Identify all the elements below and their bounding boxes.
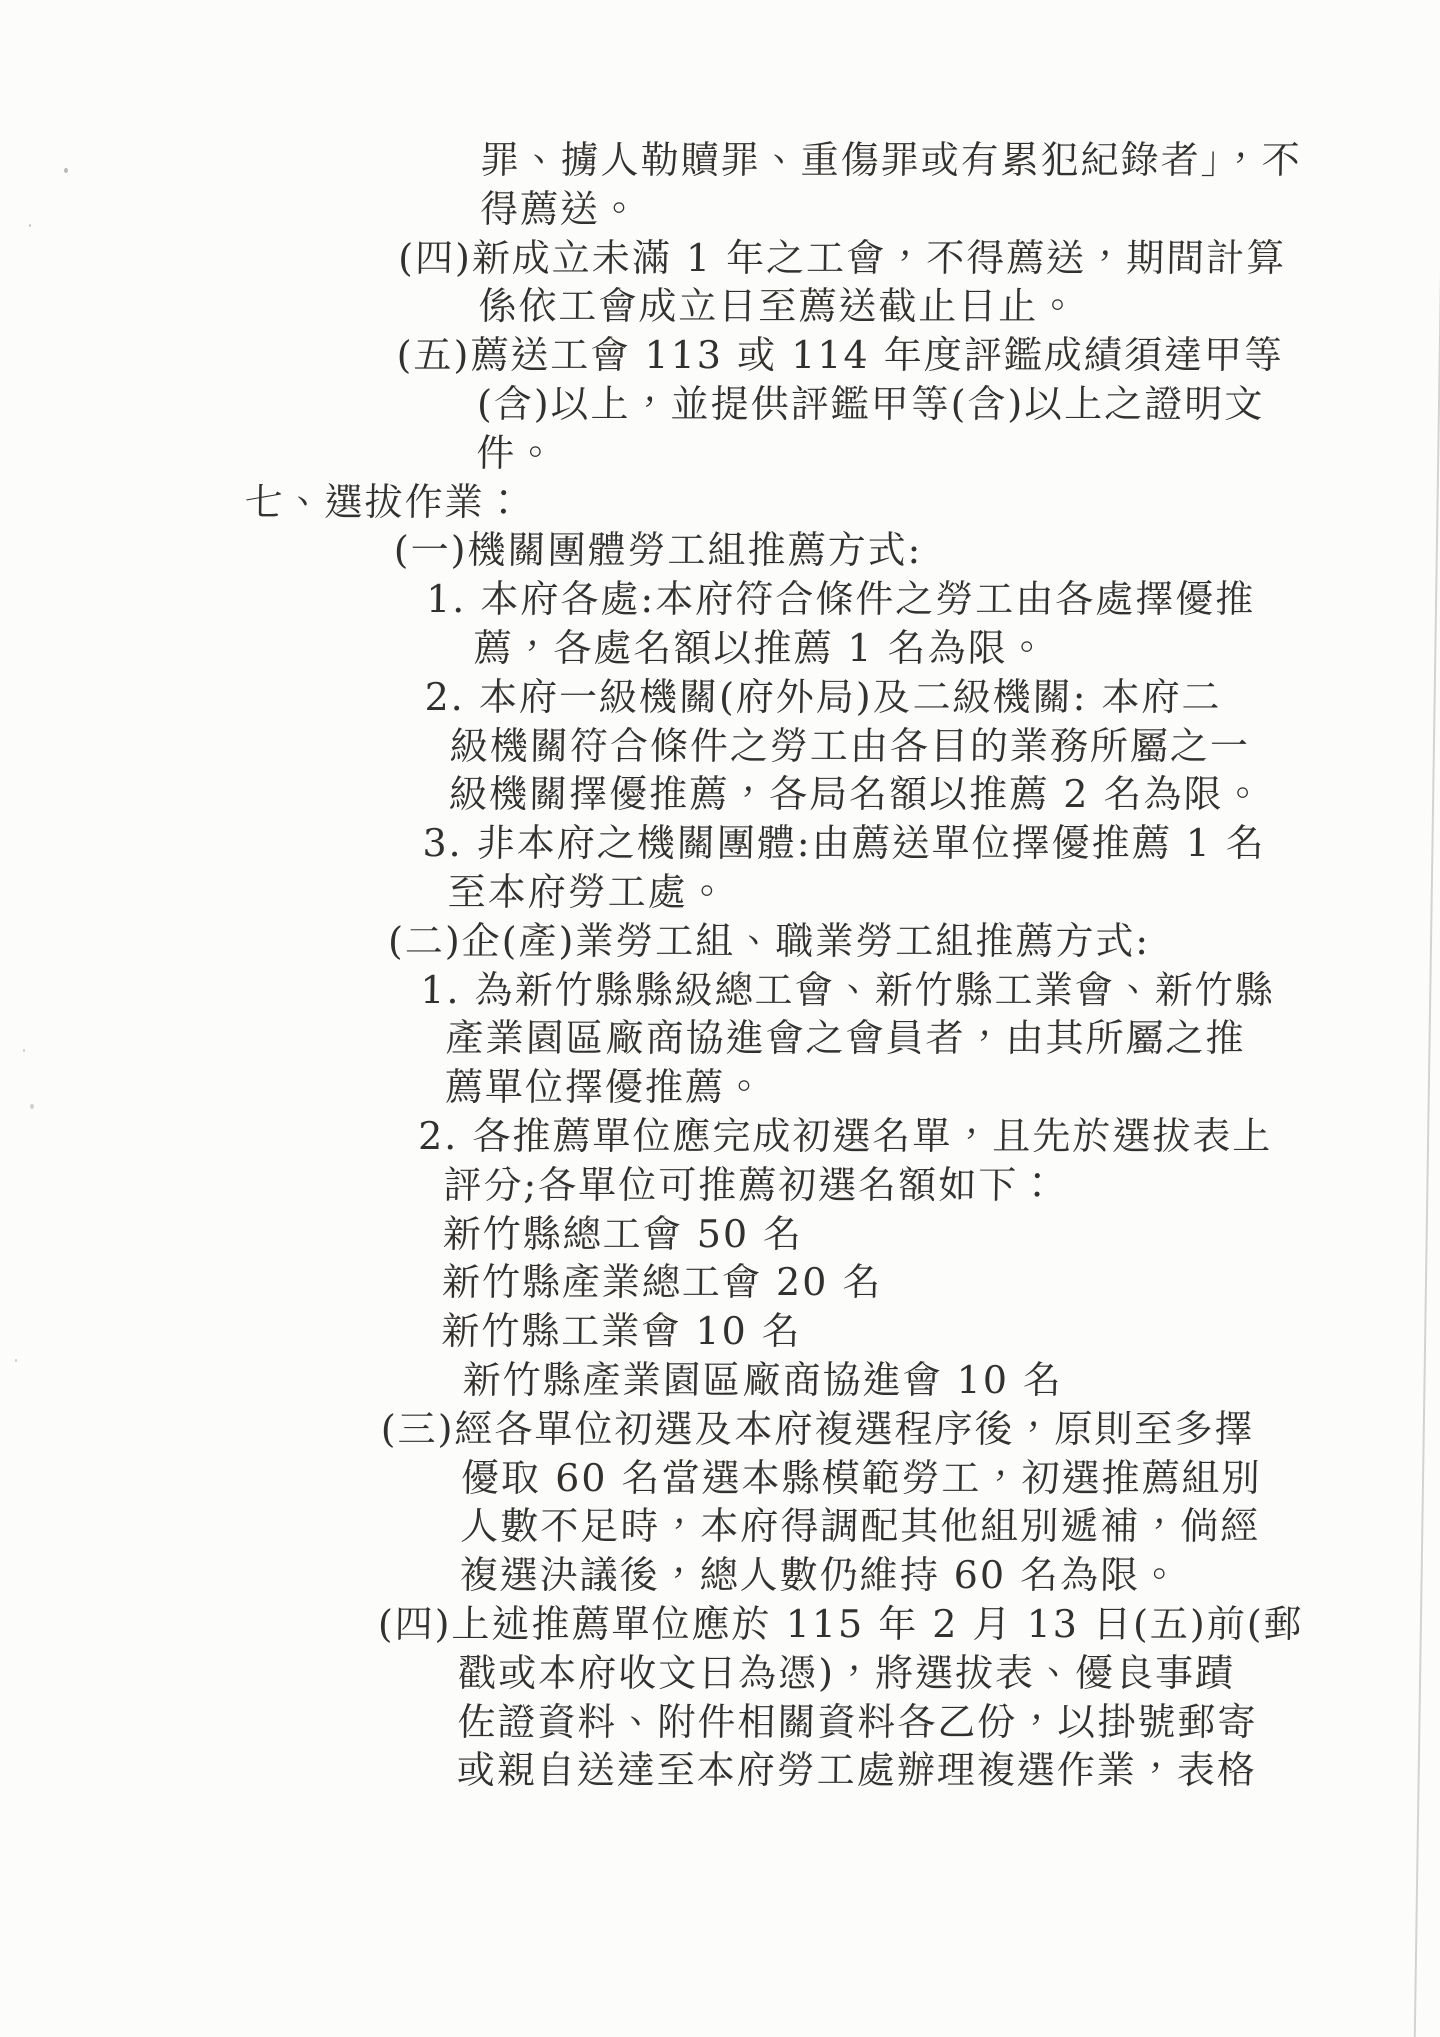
text-line: 新竹縣產業園區廠商協進會 10 名: [462, 1356, 1422, 1405]
text-line: 複選決議後，總人數仍維持 60 名為限。: [459, 1551, 1419, 1600]
text-line: 級機關擇優推薦，各局名額以推薦 2 名為限。: [449, 770, 1431, 819]
document-page: 罪、擄人勒贖罪、重傷罪或有累犯紀錄者」，不得薦送。(四)新成立未滿 1 年之工會…: [0, 0, 1440, 2037]
text-line: 優取 60 名當選本縣模範勞工，初選推薦組別: [461, 1454, 1421, 1503]
text-line: 2. 各推薦單位應完成初選名單，且先於選拔表上: [418, 1112, 1426, 1161]
text-line: 人數不足時，本府得調配其他組別遞補，倘經: [460, 1502, 1420, 1551]
scan-artifacts: [64, 168, 68, 173]
text-line: 至本府勞工處。: [447, 868, 1429, 917]
text-line: (五)薦送工會 113 或 114 年度評鑑成績須達甲等: [396, 331, 1437, 380]
text-line: 戳或本府收文日為憑)，將選拔表、優良事蹟: [458, 1649, 1418, 1698]
text-line: 3. 非本府之機關團體:由薦送單位擇優推薦 1 名: [422, 819, 1430, 868]
text-line: 2. 本府一級機關(府外局)及二級機關: 本府二: [424, 673, 1432, 722]
text-line: 評分;各單位可推薦初選名額如下：: [443, 1161, 1425, 1210]
text-line: 件。: [476, 429, 1436, 478]
text-line: (一)機關團體勞工組推薦方式:: [393, 526, 1434, 575]
text-line: (四)新成立未滿 1 年之工會，不得薦送，期間計算: [398, 234, 1439, 283]
text-line: (含)以上，並提供評鑑甲等(含)以上之證明文: [477, 380, 1437, 429]
text-line: 新竹縣總工會 50 名: [442, 1210, 1424, 1259]
text-line: 新竹縣工業會 10 名: [441, 1307, 1423, 1356]
text-line: 級機關符合條件之勞工由各目的業務所屬之一: [450, 722, 1432, 771]
text-line: 罪、擄人勒贖罪、重傷罪或有累犯紀錄者」，不: [480, 136, 1440, 185]
document-text-block: 罪、擄人勒贖罪、重傷罪或有累犯紀錄者」，不得薦送。(四)新成立未滿 1 年之工會…: [0, 136, 1440, 1795]
text-line: 七、選拔作業：: [244, 478, 1435, 527]
text-line: (三)經各單位初選及本府複選程序後，原則至多擇: [380, 1405, 1421, 1454]
text-line: 佐證資料、附件相關資料各乙份，以掛號郵寄: [457, 1698, 1417, 1747]
text-line: 1. 本府各處:本府符合條件之勞工由各處擇優推: [426, 575, 1434, 624]
text-line: 新竹縣產業總工會 20 名: [442, 1258, 1424, 1307]
text-line: 或親自送達至本府勞工處辦理複選作業，表格: [456, 1746, 1416, 1795]
text-line: 薦，各處名額以推薦 1 名為限。: [473, 624, 1433, 673]
text-line: 係依工會成立日至薦送截止日止。: [478, 282, 1438, 331]
text-line: 1. 為新竹縣縣級總工會、新竹縣工業會、新竹縣: [420, 966, 1428, 1015]
text-line: 得薦送。: [480, 185, 1440, 234]
text-line: 薦單位擇優推薦。: [445, 1063, 1427, 1112]
text-line: (四)上述推薦單位應於 115 年 2 月 13 日(五)前(郵: [378, 1600, 1419, 1649]
text-line: 產業園區廠商協進會之會員者，由其所屬之推: [445, 1014, 1427, 1063]
text-line: (二)企(產)業勞工組、職業勞工組推薦方式:: [388, 917, 1429, 966]
